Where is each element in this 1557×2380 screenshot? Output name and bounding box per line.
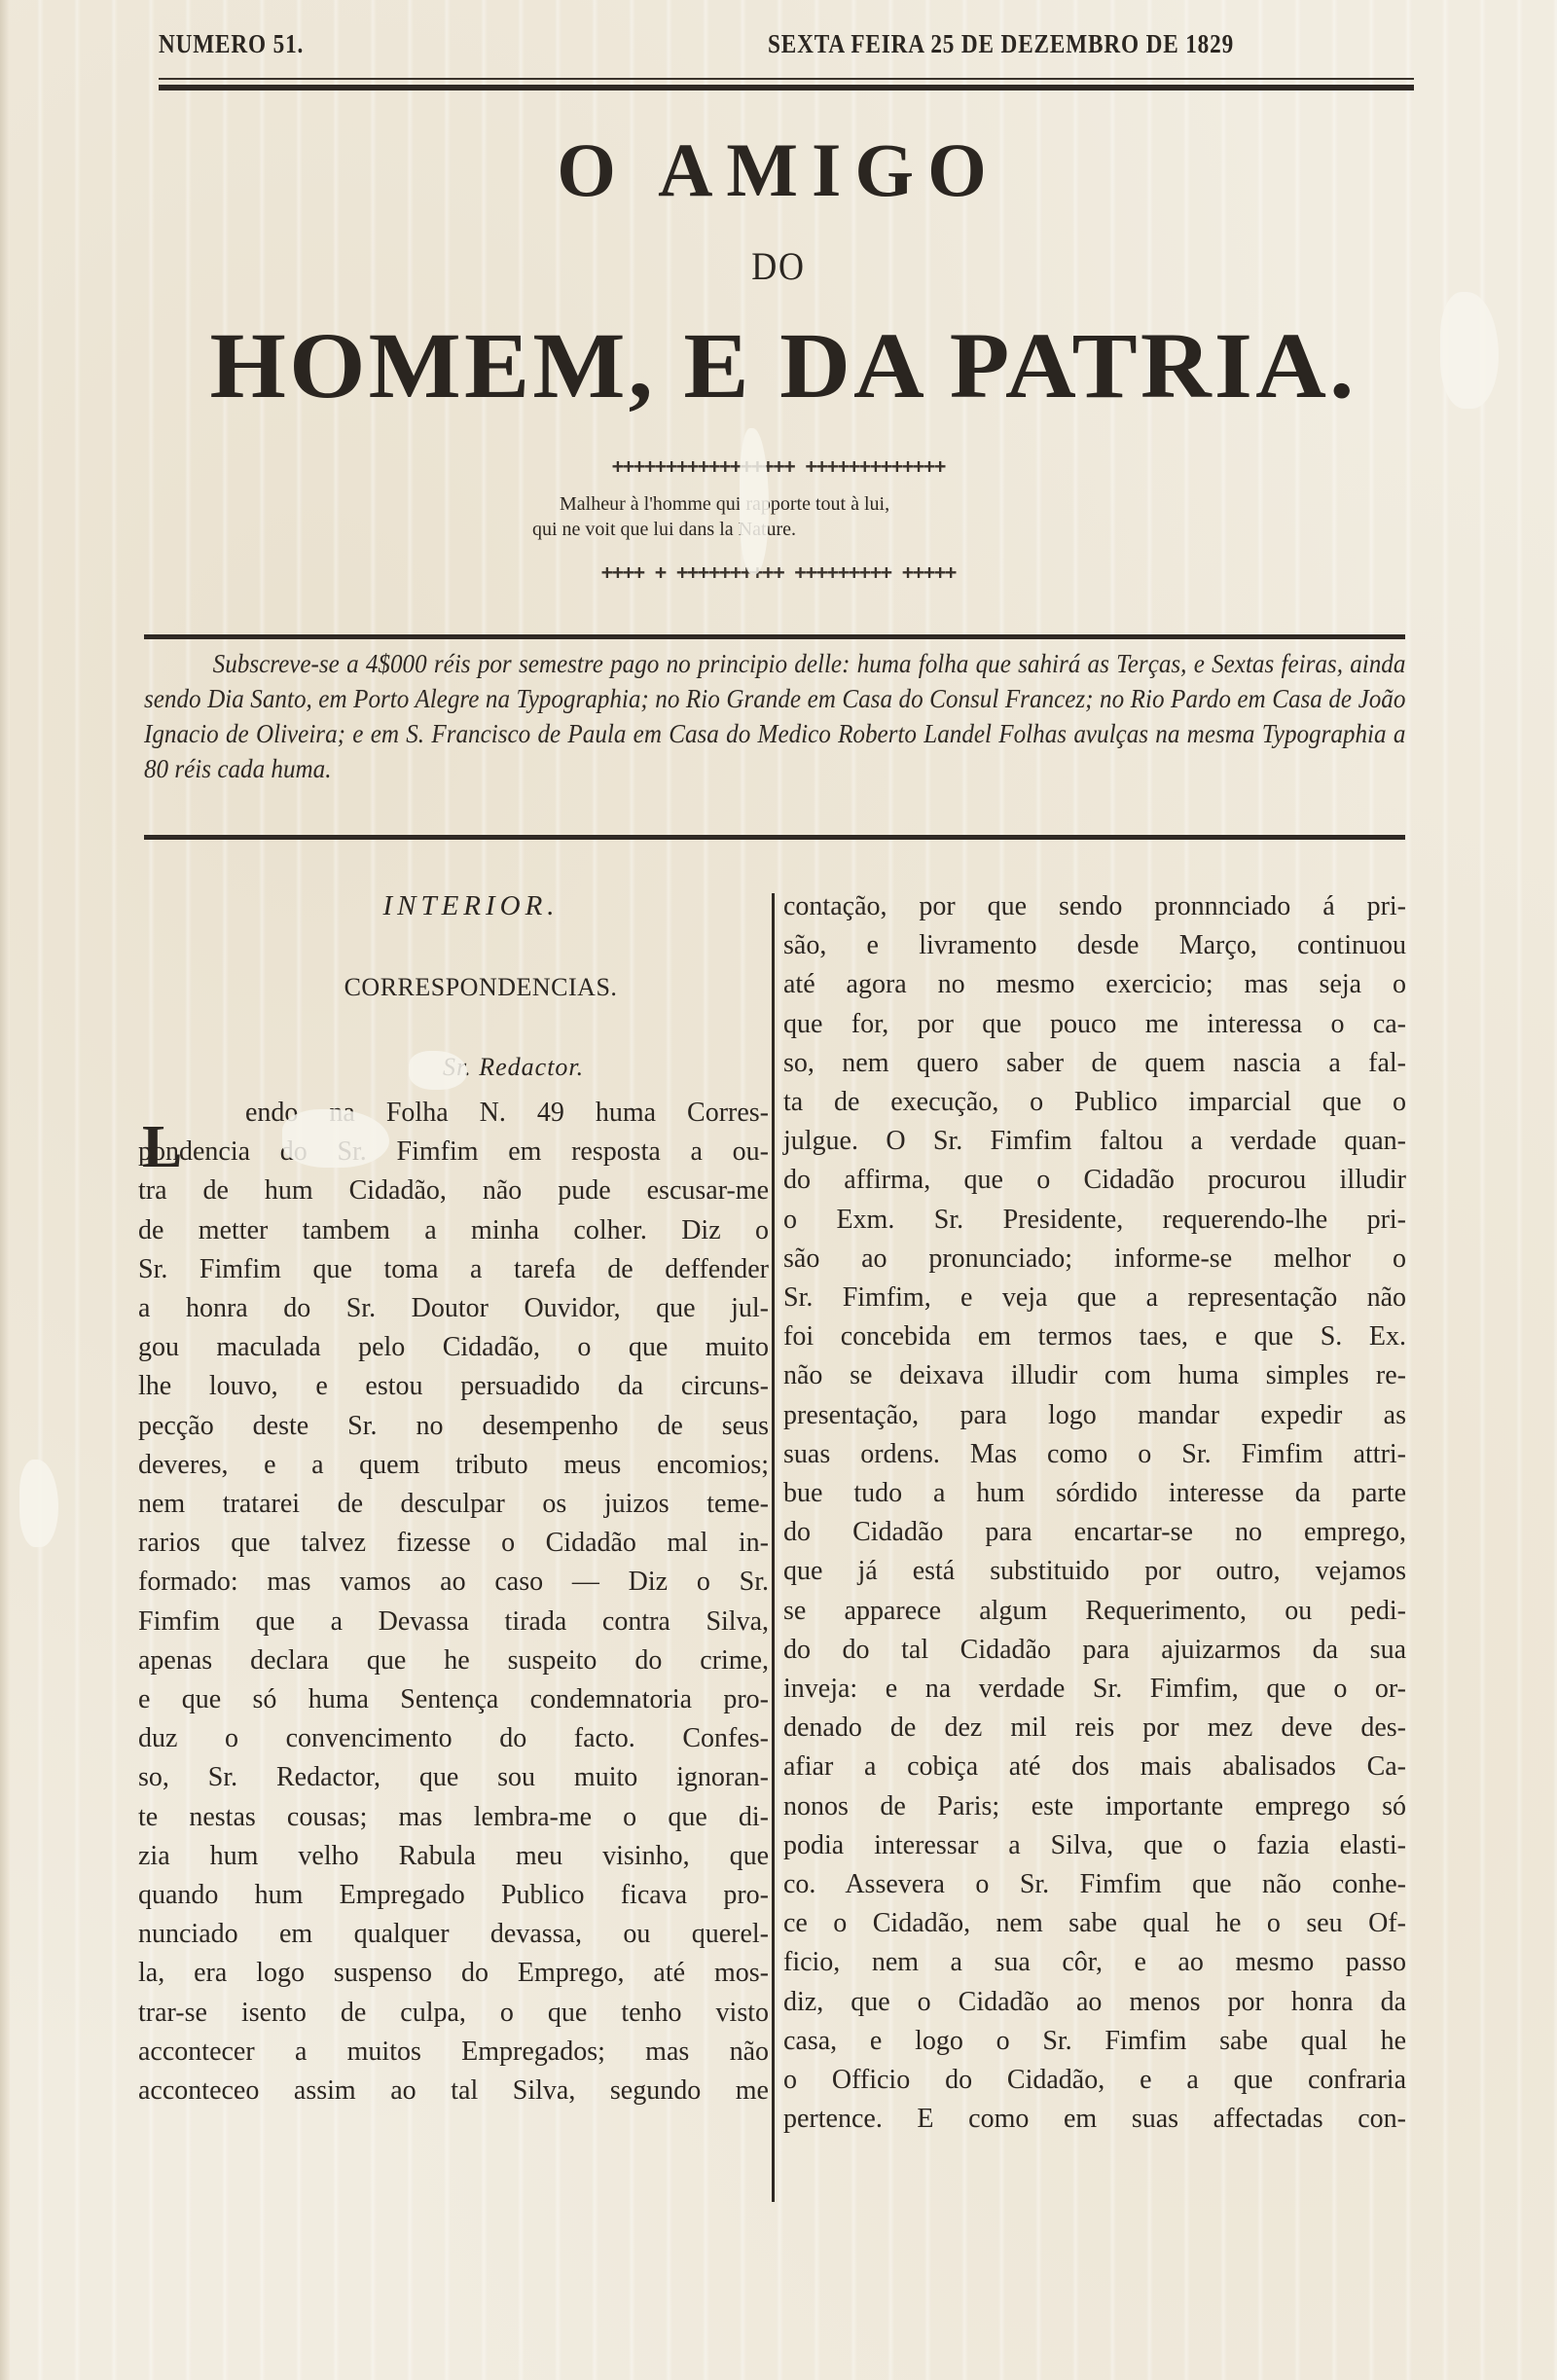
- paper-damage: [1440, 292, 1499, 409]
- text-line: do Cidadão para encartar-se no emprego,: [783, 1513, 1406, 1552]
- ornament-top: +++++++++++++++++ +++++++++++++: [530, 454, 1027, 478]
- text-line: pertence. E como em suas affectadas con-: [783, 2100, 1406, 2139]
- dateline: NUMERO 51. SEXTA FEIRA 25 DE DEZEMBRO DE…: [159, 29, 1414, 59]
- text-line: Sr. Fimfim que toma a tarefa de deffende…: [138, 1250, 769, 1289]
- subscription-rule-top: [144, 634, 1405, 639]
- text-line: suas ordens. Mas como o Sr. Fimfim attri…: [783, 1435, 1406, 1474]
- motto-line2: qui ne voit que lui dans la Nature.: [532, 517, 1029, 542]
- text-line: acconteceo assim ao tal Silva, segundo m…: [138, 2072, 769, 2110]
- text-line: la, era logo suspenso do Emprego, até mo…: [138, 1954, 769, 1993]
- text-line: foi concebida em termos taes, e que S. E…: [783, 1317, 1406, 1356]
- masthead-rule-thick: [159, 85, 1414, 90]
- text-line: zia hum velho Rabula meu visinho, que: [138, 1837, 769, 1876]
- text-line: nunciado em qualquer devassa, ou querel-: [138, 1915, 769, 1954]
- subscription-text: Subscreve-se a 4$000 réis por semestre p…: [144, 646, 1405, 786]
- text-line: diz, que o Cidadão ao menos por honra da: [783, 1983, 1406, 2022]
- text-line: so, nem quero saber de quem nascia a fal…: [783, 1044, 1406, 1083]
- text-line: afiar a cobiça até dos mais abalisados C…: [783, 1748, 1406, 1786]
- paper-damage: [740, 428, 769, 574]
- text-line: pecção deste Sr. no desempenho de seus: [138, 1407, 769, 1446]
- text-line: formado: mas vamos ao caso — Diz o Sr.: [138, 1563, 769, 1602]
- column-divider: [772, 893, 775, 2202]
- text-line: e que só huma Sentença condemnatoria pro…: [138, 1680, 769, 1719]
- text-line: presentação, para logo mandar expedir as: [783, 1396, 1406, 1435]
- text-line: de metter tambem a minha colher. Diz o: [138, 1211, 769, 1250]
- text-line: podia interessar a Silva, que o fazia el…: [783, 1826, 1406, 1865]
- text-line: ta de execução, o Publico imparcial que …: [783, 1083, 1406, 1122]
- motto: Malheur à l'homme qui rapporte tout à lu…: [532, 491, 1029, 542]
- paper-damage: [409, 1051, 467, 1090]
- text-line: gou maculada pelo Cidadão, o que muito: [138, 1328, 769, 1367]
- text-line: duz o convencimento do facto. Confes-: [138, 1719, 769, 1758]
- newspaper-title-line3: HOMEM, E DA PATRIA.: [125, 311, 1443, 419]
- newspaper-title-line2: DO: [78, 243, 1479, 289]
- text-line: ficio, nem a sua côr, e ao mesmo passo: [783, 1943, 1406, 1982]
- text-line: até agora no mesmo exercicio; mas seja o: [783, 965, 1406, 1004]
- text-line: não se deixava illudir com huma simples …: [783, 1356, 1406, 1395]
- newspaper-page: NUMERO 51. SEXTA FEIRA 25 DE DEZEMBRO DE…: [0, 0, 1557, 2380]
- text-line: contação, por que sendo pronnnciado á pr…: [783, 887, 1406, 926]
- text-line: pondencia do Sr. Fimfim em resposta a ou…: [138, 1133, 769, 1172]
- text-line: apenas declara que he suspeito do crime,: [138, 1641, 769, 1680]
- section-heading: INTERIOR.: [136, 890, 792, 922]
- text-line: o Exm. Sr. Presidente, requerendo-lhe pr…: [783, 1201, 1406, 1240]
- text-line: inveja: e na verdade Sr. Fimfim, que o o…: [783, 1670, 1406, 1709]
- motto-line1: Malheur à l'homme qui rapporte tout à lu…: [532, 491, 1029, 517]
- subscription-rule-bottom: [144, 835, 1405, 840]
- masthead-rule-thin: [159, 78, 1414, 80]
- text-line: que for, por que pouco me interessa o ca…: [783, 1005, 1406, 1044]
- text-line: Fimfim que a Devassa tirada contra Silva…: [138, 1603, 769, 1641]
- text-line: te nestas cousas; mas lembra-me o que di…: [138, 1798, 769, 1837]
- text-line: bue tudo a hum sórdido interesse da part…: [783, 1474, 1406, 1513]
- text-line: rarios que talvez fizesse o Cidadão mal …: [138, 1524, 769, 1563]
- text-line: tra de hum Cidadão, não pude escusar-me: [138, 1172, 769, 1210]
- article-column-left: endo na Folha N. 49 huma Corres- pondenc…: [138, 1094, 769, 2110]
- text-line: denado de dez mil reis por mez deve des-: [783, 1709, 1406, 1748]
- text-line: o Officio do Cidadão, e a que confraria: [783, 2061, 1406, 2100]
- page-edge: [0, 0, 10, 2380]
- subscription-notice: Subscreve-se a 4$000 réis por semestre p…: [144, 646, 1405, 786]
- ornament-bottom: ++++ + ++++++++++ +++++++++ +++++: [530, 560, 1027, 584]
- text-line: do do tal Cidadão para ajuizarmos da sua: [783, 1631, 1406, 1670]
- paper-damage: [19, 1460, 58, 1547]
- text-line: nem tratarei de desculpar os juizos teme…: [138, 1485, 769, 1524]
- text-line: casa, e logo o Sr. Fimfim sabe qual he: [783, 2022, 1406, 2061]
- text-line: so, Sr. Redactor, que sou muito ignoran-: [138, 1758, 769, 1797]
- text-line: deveres, e a quem tributo meus encomios;: [138, 1446, 769, 1485]
- text-line: trar-se isento de culpa, o que tenho vis…: [138, 1994, 769, 2033]
- text-line: se apparece algum Requerimento, ou pedi-: [783, 1592, 1406, 1631]
- text-line: são, e livramento desde Março, continuou: [783, 926, 1406, 965]
- text-line: Sr. Fimfim, e veja que a representação n…: [783, 1279, 1406, 1317]
- text-line: co. Assevera o Sr. Fimfim que não conhe-: [783, 1865, 1406, 1904]
- issue-number: NUMERO 51.: [159, 29, 304, 59]
- text-line: do affirma, que o Cidadão procurou illud…: [783, 1161, 1406, 1200]
- text-line: que já está substituido por outro, vejam…: [783, 1552, 1406, 1591]
- text-line: a honra do Sr. Doutor Ouvidor, que jul-: [138, 1289, 769, 1328]
- text-line: quando hum Empregado Publico ficava pro-: [138, 1876, 769, 1915]
- newspaper-title-line1: O AMIGO: [0, 126, 1557, 214]
- text-line: julgue. O Sr. Fimfim faltou a verdade qu…: [783, 1122, 1406, 1161]
- text-line: endo na Folha N. 49 huma Corres-: [138, 1094, 769, 1133]
- issue-date: SEXTA FEIRA 25 DE DEZEMBRO DE 1829: [768, 29, 1234, 59]
- text-line: lhe louvo, e estou persuadido da circuns…: [138, 1367, 769, 1406]
- text-line: são ao pronunciado; informe-se melhor o: [783, 1240, 1406, 1279]
- article-heading: CORRESPONDENCIAS.: [136, 973, 802, 1002]
- text-line: ce o Cidadão, nem sabe qual he o seu Of-: [783, 1904, 1406, 1943]
- article-column-right: contação, por que sendo pronnnciado á pr…: [783, 887, 1406, 2140]
- text-line: accontecer a muitos Empregados; mas não: [138, 2033, 769, 2072]
- text-line: nonos de Paris; este importante emprego …: [783, 1787, 1406, 1826]
